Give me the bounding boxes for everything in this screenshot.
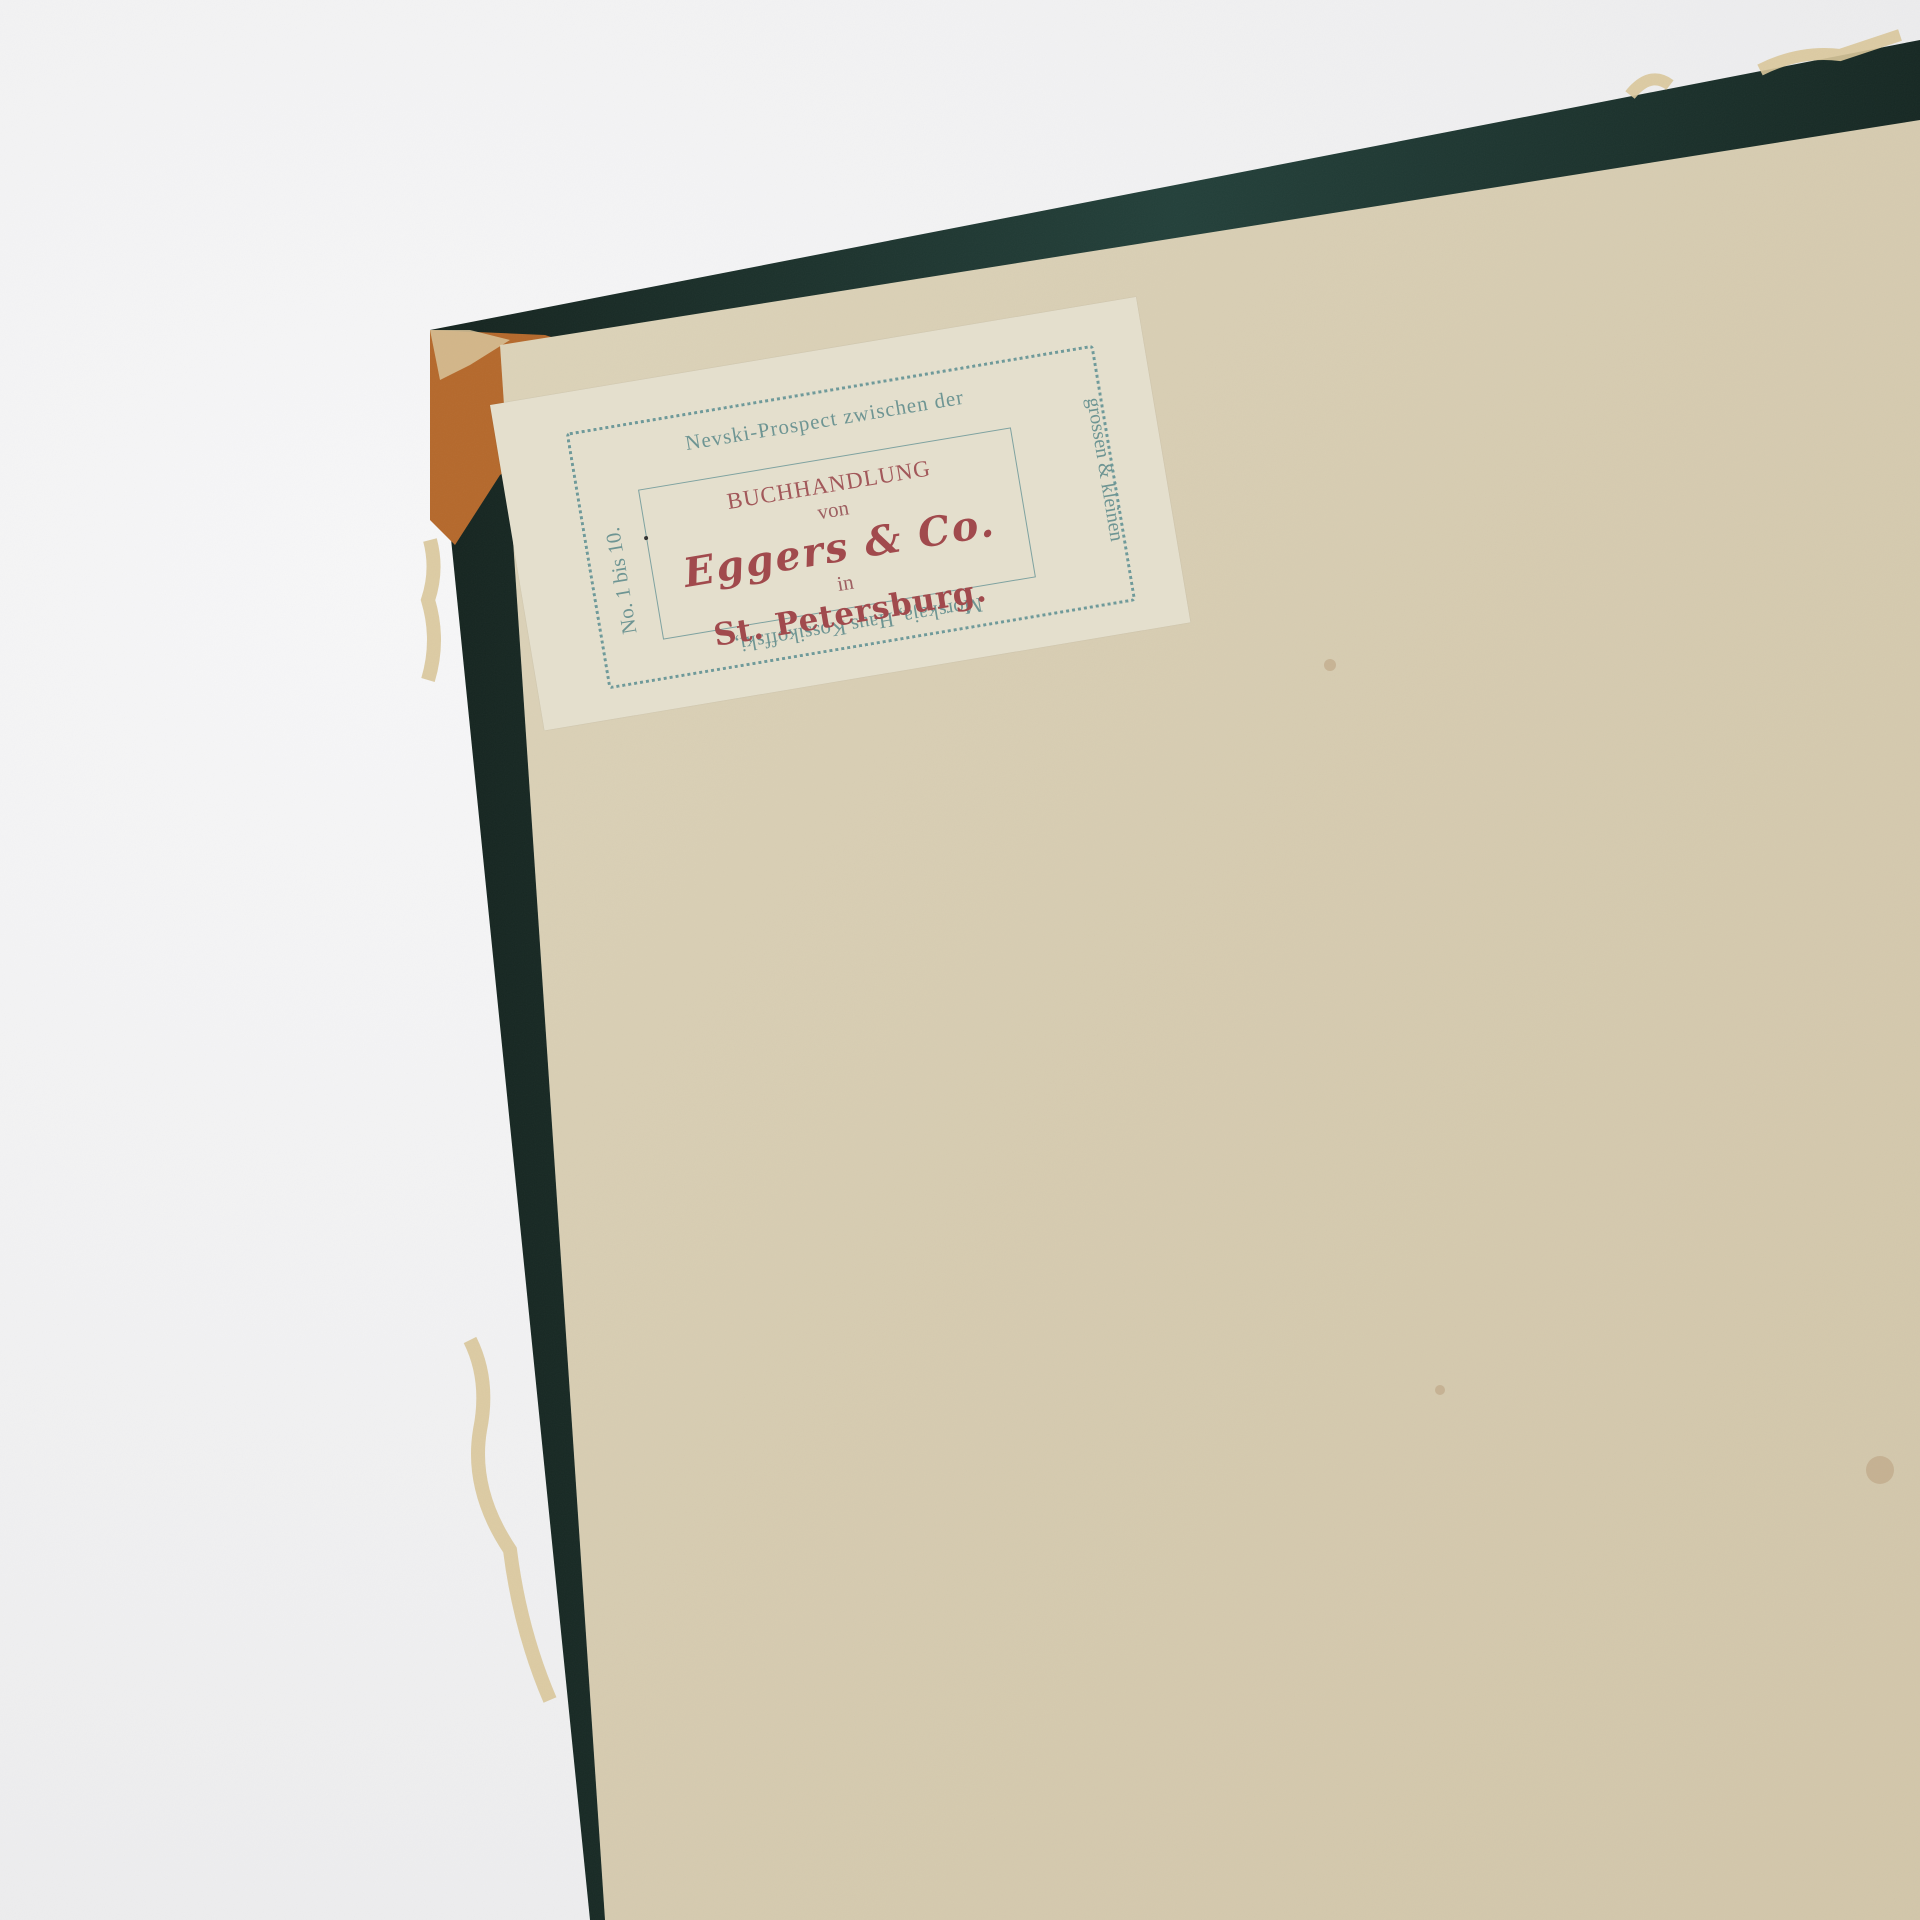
stain (1324, 659, 1336, 671)
stain (1435, 1385, 1445, 1395)
book-cover (0, 0, 1920, 1920)
paper-texture (0, 0, 1920, 1920)
photo-scene: Nevski-Prospect zwischen der grossen & k… (0, 0, 1920, 1920)
stain (1866, 1456, 1894, 1484)
